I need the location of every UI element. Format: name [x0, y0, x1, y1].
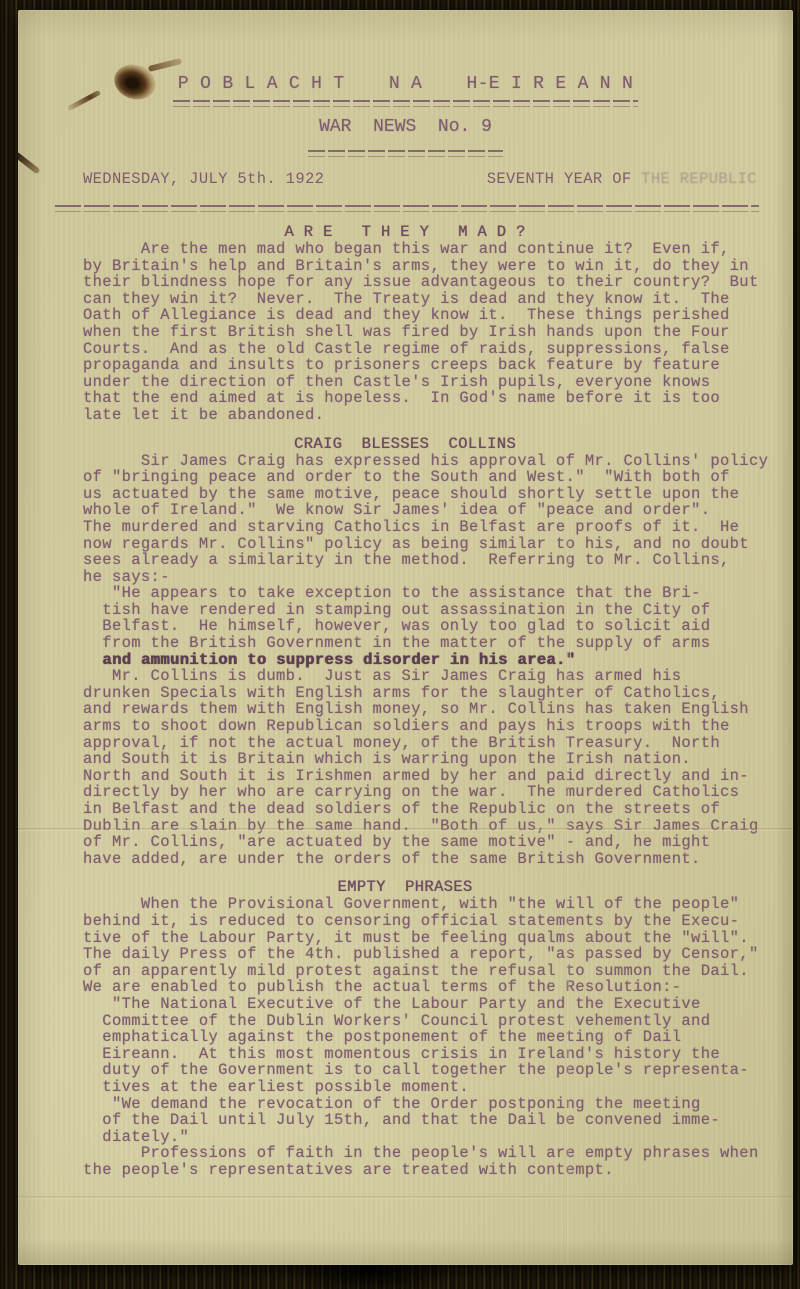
text-line: of an apparently mild protest against th…	[83, 963, 791, 980]
document-section: CRAIG BLESSES COLLINS Sir James Craig ha…	[83, 436, 791, 868]
text-line: approval, if not the actual money, of th…	[83, 735, 791, 752]
text-line: The murdered and starving Catholics in B…	[83, 519, 791, 536]
text-line: now regards Mr. Collins" policy as being…	[83, 536, 791, 553]
text-line: of the Dail until July 15th, and that th…	[83, 1112, 791, 1129]
text-line: tish have rendered in stamping out assas…	[83, 602, 791, 619]
text-line: duty of the Government is to call togeth…	[83, 1062, 791, 1079]
text-line: "He appears to take exception to the ass…	[83, 585, 791, 602]
fold-crease	[18, 1196, 793, 1199]
section-heading: EMPTY PHRASES	[51, 879, 759, 896]
issue-date: WEDNESDAY, JULY 5th. 1922	[83, 170, 324, 188]
masthead: P O B L A C H T N A H-E I R E A N N WAR …	[18, 74, 793, 157]
text-line: the people's representatives are treated…	[83, 1162, 791, 1179]
text-line: Belfast. He himself, however, was only t…	[83, 618, 791, 635]
text-line: Mr. Collins is dumb. Just as Sir James C…	[83, 668, 791, 685]
fold-crease	[566, 530, 570, 1265]
text-line: whole of Ireland." We know Sir James' id…	[83, 502, 791, 519]
text-line: in Belfast and the dead soldiers of the …	[83, 801, 791, 818]
year-of-republic-suffix: THE REPUBLIC	[641, 170, 757, 188]
text-line: sees already a similarity in the method.…	[83, 552, 791, 569]
text-line: We are enabled to publish the actual ter…	[83, 979, 791, 996]
text-line: their blindness hope for any issue advan…	[83, 274, 791, 291]
fold-crease	[18, 828, 793, 831]
text-line: emphatically against the postponement of…	[83, 1029, 791, 1046]
text-line: tives at the earliest possible moment.	[83, 1079, 791, 1096]
text-line: us actuated by the same motive, peace sh…	[83, 486, 791, 503]
text-line: that the end aimed at is hopeless. In Go…	[83, 390, 791, 407]
scanned-document-photo: { "colors": { "ink": "#7d5c6e", "ink_dar…	[0, 0, 800, 1289]
text-line: Sir James Craig has expressed his approv…	[83, 453, 791, 470]
text-line: The daily Press of the 4th. published a …	[83, 946, 791, 963]
text-line: drunken Specials with English arms for t…	[83, 685, 791, 702]
dateline: WEDNESDAY, JULY 5th. 1922 SEVENTH YEAR O…	[83, 170, 791, 188]
document-section: EMPTY PHRASES When the Provisional Gover…	[83, 879, 791, 1178]
text-line: North and South it is Irishmen armed by …	[83, 768, 791, 785]
text-line: Oath of Allegiance is dead and they know…	[83, 307, 791, 324]
text-line: Are the men mad who began this war and c…	[83, 241, 791, 258]
text-line: of Mr. Collins, "are actuated by the sam…	[83, 834, 791, 851]
year-of-republic: SEVENTH YEAR OF THE REPUBLIC	[487, 170, 757, 188]
text-line: When the Provisional Government, with "t…	[83, 896, 791, 913]
text-line: and ammunition to suppress disorder in h…	[83, 652, 791, 669]
text-line: can they win it? Never. The Treaty is de…	[83, 291, 791, 308]
text-line: from the British Government in the matte…	[83, 635, 791, 652]
text-line: when the first British shell was fired b…	[83, 324, 791, 341]
section-heading: A R E T H E Y M A D ?	[51, 224, 759, 241]
text-line: Committee of the Dublin Workers' Council…	[83, 1013, 791, 1030]
text-line: directly by her who are carrying on the …	[83, 784, 791, 801]
text-line: by Britain's help and Britain's arms, th…	[83, 258, 791, 275]
text-line: Professions of faith in the people's wil…	[83, 1145, 791, 1162]
text-line: and rewards them with English money, so …	[83, 701, 791, 718]
year-of-republic-prefix: SEVENTH YEAR OF	[487, 170, 641, 188]
text-line: Eireann. At this most momentous crisis i…	[83, 1046, 791, 1063]
text-line: tive of the Labour Party, it must be fee…	[83, 930, 791, 947]
header-divider-rule	[55, 205, 759, 212]
text-line: and South it is Britain which is warring…	[83, 751, 791, 768]
document-body: A R E T H E Y M A D ? Are the men mad wh…	[83, 224, 791, 1178]
text-line: of "bringing peace and order to the Sout…	[83, 469, 791, 486]
typewritten-content: P O B L A C H T N A H-E I R E A N N WAR …	[18, 10, 793, 1178]
text-line: "We demand the revocation of the Order p…	[83, 1096, 791, 1113]
text-line: he says:-	[83, 569, 791, 586]
text-line: arms to shoot down Republican soldiers a…	[83, 718, 791, 735]
text-line: Courts. And as the old Castle regime of …	[83, 341, 791, 358]
masthead-title: P O B L A C H T N A H-E I R E A N N	[18, 74, 793, 94]
text-line: propaganda and insults to prisoners cree…	[83, 357, 791, 374]
war-news-number: WAR NEWS No. 9	[18, 117, 793, 137]
text-line: "The National Executive of the Labour Pa…	[83, 996, 791, 1013]
text-line: diately."	[83, 1129, 791, 1146]
war-news-rule	[308, 150, 503, 157]
text-line: have added, are under the orders of the …	[83, 851, 791, 868]
text-line: late let it be abandoned.	[83, 407, 791, 424]
text-line: Dublin are slain by the same hand. "Both…	[83, 818, 791, 835]
section-heading: CRAIG BLESSES COLLINS	[51, 436, 759, 453]
document-page: P O B L A C H T N A H-E I R E A N N WAR …	[18, 10, 793, 1265]
masthead-rule	[173, 100, 638, 107]
document-section: A R E T H E Y M A D ? Are the men mad wh…	[83, 224, 791, 424]
text-line: under the direction of then Castle's Iri…	[83, 374, 791, 391]
text-line: behind it, is reduced to censoring offic…	[83, 913, 791, 930]
